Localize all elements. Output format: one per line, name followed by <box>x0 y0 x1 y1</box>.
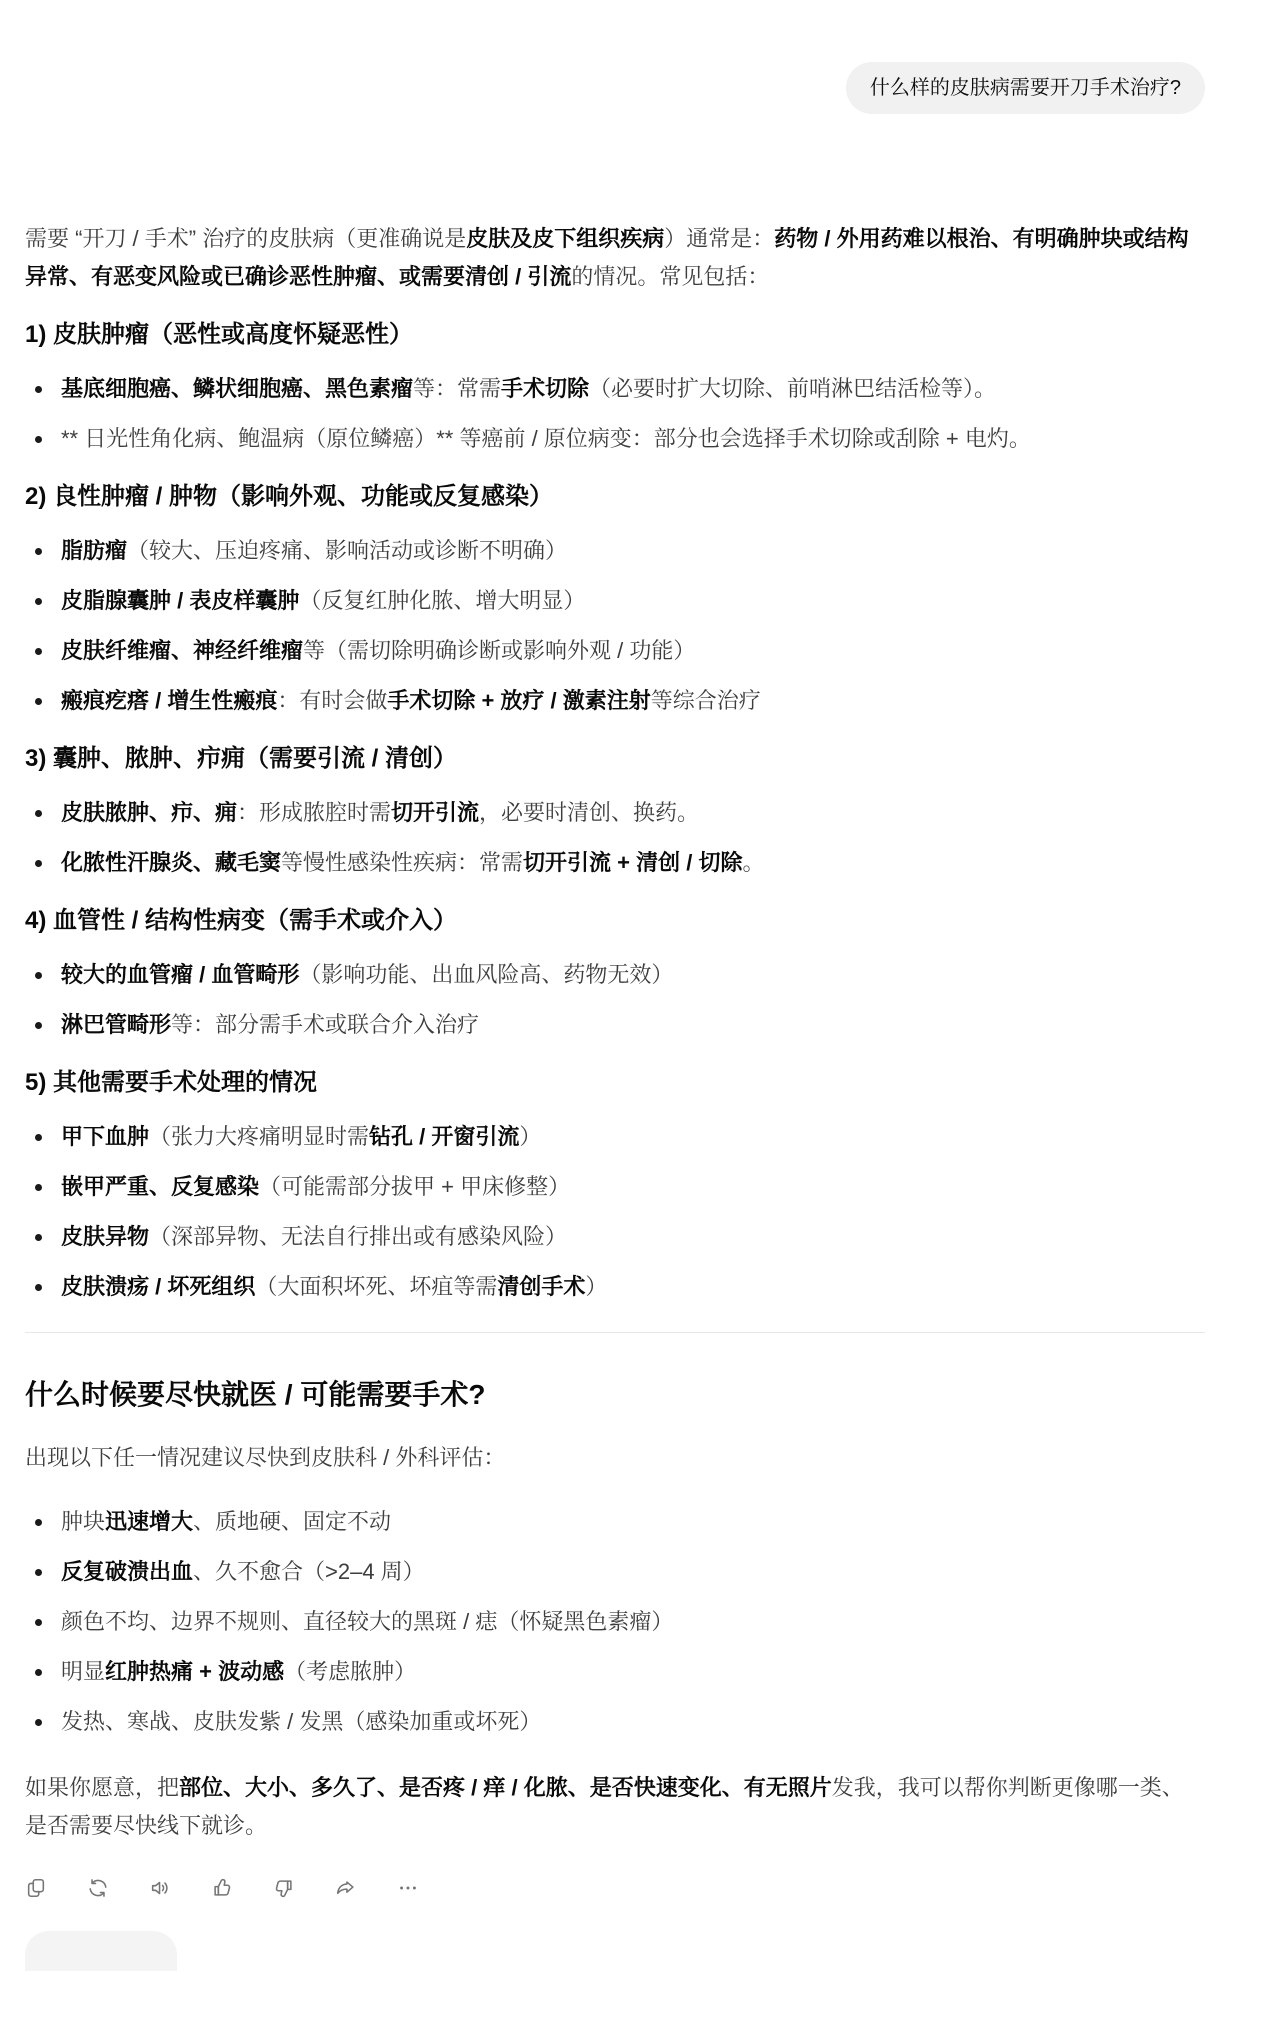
list-item: 皮肤异物（深部异物、无法自行排出或有感染风险） <box>25 1218 1205 1256</box>
followup-heading: 什么时候要尽快就医 / 可能需要手术? <box>25 1375 1205 1415</box>
list-item: 肿块迅速增大、质地硬、固定不动 <box>25 1503 1205 1541</box>
chat-page: 什么样的皮肤病需要开刀手术治疗? 需要 “开刀 / 手术” 治疗的皮肤病（更准确… <box>0 0 1205 1971</box>
list-item: 基底细胞癌、鳞状细胞癌、黑色素瘤等：常需手术切除（必要时扩大切除、前哨淋巴结活检… <box>25 370 1205 408</box>
message-action-toolbar <box>19 1871 1205 1905</box>
more-icon <box>397 1877 419 1899</box>
divider <box>25 1332 1205 1333</box>
list-item: 嵌甲严重、反复感染（可能需部分拔甲 + 甲床修整） <box>25 1168 1205 1206</box>
list-item: ** 日光性角化病、鲍温病（原位鳞癌）** 等癌前 / 原位病变：部分也会选择手… <box>25 420 1205 458</box>
list-item: 明显红肿热痛 + 波动感（考虑脓肿） <box>25 1653 1205 1691</box>
list-item: 颜色不均、边界不规则、直径较大的黑斑 / 痣（怀疑黑色素瘤） <box>25 1603 1205 1641</box>
list-item: 皮肤纤维瘤、神经纤维瘤等（需切除明确诊断或影响外观 / 功能） <box>25 632 1205 670</box>
copy-icon <box>25 1877 47 1899</box>
speaker-icon <box>149 1877 171 1899</box>
section-list-4: 较大的血管瘤 / 血管畸形（影响功能、出血风险高、药物无效） 淋巴管畸形等：部分… <box>25 956 1205 1044</box>
list-item: 甲下血肿（张力大疼痛明显时需钻孔 / 开窗引流） <box>25 1118 1205 1156</box>
list-item: 脂肪瘤（较大、压迫疼痛、影响活动或诊断不明确） <box>25 532 1205 570</box>
list-item: 较大的血管瘤 / 血管畸形（影响功能、出血风险高、药物无效） <box>25 956 1205 994</box>
section-heading-5: 5) 其他需要手术处理的情况 <box>25 1066 1205 1100</box>
list-item: 发热、寒战、皮肤发紫 / 发黑（感染加重或坏死） <box>25 1703 1205 1741</box>
list-item: 皮肤脓肿、疖、痈：形成脓腔时需切开引流，必要时清创、换药。 <box>25 794 1205 832</box>
list-item: 反复破溃出血、久不愈合（>2–4 周） <box>25 1553 1205 1591</box>
followup-list: 肿块迅速增大、质地硬、固定不动 反复破溃出血、久不愈合（>2–4 周） 颜色不均… <box>25 1503 1205 1741</box>
user-message-row: 什么样的皮肤病需要开刀手术治疗? <box>25 0 1205 114</box>
thumbs-down-icon <box>273 1877 295 1899</box>
list-item: 皮脂腺囊肿 / 表皮样囊肿（反复红肿化脓、增大明显） <box>25 582 1205 620</box>
intro-paragraph: 需要 “开刀 / 手术” 治疗的皮肤病（更准确说是皮肤及皮下组织疾病）通常是：药… <box>25 220 1205 296</box>
user-message-bubble: 什么样的皮肤病需要开刀手术治疗? <box>846 62 1205 114</box>
section-heading-4: 4) 血管性 / 结构性病变（需手术或介入） <box>25 904 1205 938</box>
regenerate-icon <box>87 1877 109 1899</box>
section-heading-3: 3) 囊肿、脓肿、疖痈（需要引流 / 清创） <box>25 742 1205 776</box>
regenerate-button[interactable] <box>81 1871 115 1905</box>
copy-button[interactable] <box>19 1871 53 1905</box>
closing-paragraph: 如果你愿意，把部位、大小、多久了、是否疼 / 痒 / 化脓、是否快速变化、有无照… <box>25 1769 1205 1845</box>
section-list-2: 脂肪瘤（较大、压迫疼痛、影响活动或诊断不明确） 皮脂腺囊肿 / 表皮样囊肿（反复… <box>25 532 1205 720</box>
read-aloud-button[interactable] <box>143 1871 177 1905</box>
share-icon <box>335 1877 357 1899</box>
more-button[interactable] <box>391 1871 425 1905</box>
section-heading-2: 2) 良性肿瘤 / 肿物（影响外观、功能或反复感染） <box>25 480 1205 514</box>
list-item: 化脓性汗腺炎、藏毛窦等慢性感染性疾病：常需切开引流 + 清创 / 切除。 <box>25 844 1205 882</box>
list-item: 淋巴管畸形等：部分需手术或联合介入治疗 <box>25 1006 1205 1044</box>
assistant-message: 需要 “开刀 / 手术” 治疗的皮肤病（更准确说是皮肤及皮下组织疾病）通常是：药… <box>25 220 1205 1971</box>
section-list-5: 甲下血肿（张力大疼痛明显时需钻孔 / 开窗引流） 嵌甲严重、反复感染（可能需部分… <box>25 1118 1205 1306</box>
section-list-3: 皮肤脓肿、疖、痈：形成脓腔时需切开引流，必要时清创、换药。 化脓性汗腺炎、藏毛窦… <box>25 794 1205 882</box>
share-button[interactable] <box>329 1871 363 1905</box>
next-element-peek[interactable] <box>25 1931 177 1971</box>
thumbs-down-button[interactable] <box>267 1871 301 1905</box>
list-item: 皮肤溃疡 / 坏死组织（大面积坏死、坏疽等需清创手术） <box>25 1268 1205 1306</box>
followup-lead: 出现以下任一情况建议尽快到皮肤科 / 外科评估： <box>25 1439 1205 1477</box>
section-heading-1: 1) 皮肤肿瘤（恶性或高度怀疑恶性） <box>25 318 1205 352</box>
thumbs-up-icon <box>211 1877 233 1899</box>
section-list-1: 基底细胞癌、鳞状细胞癌、黑色素瘤等：常需手术切除（必要时扩大切除、前哨淋巴结活检… <box>25 370 1205 458</box>
thumbs-up-button[interactable] <box>205 1871 239 1905</box>
list-item: 瘢痕疙瘩 / 增生性瘢痕：有时会做手术切除 + 放疗 / 激素注射等综合治疗 <box>25 682 1205 720</box>
